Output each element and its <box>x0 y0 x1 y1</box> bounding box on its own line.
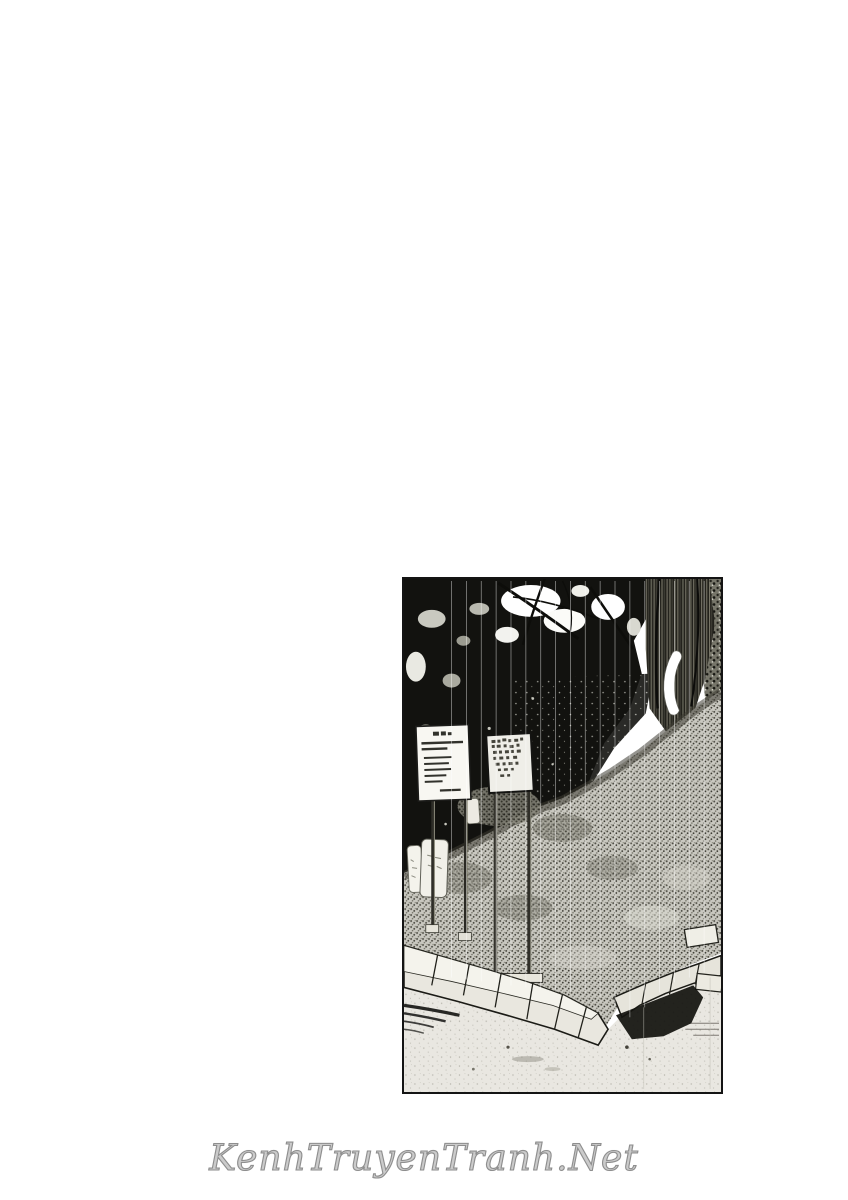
site-watermark: KenhTruyenTranh.Net <box>0 1138 848 1179</box>
notice-sign-right <box>486 733 534 793</box>
panel-artwork <box>404 579 721 1092</box>
manga-panel <box>402 577 723 1094</box>
notice-sign-left <box>416 725 471 802</box>
